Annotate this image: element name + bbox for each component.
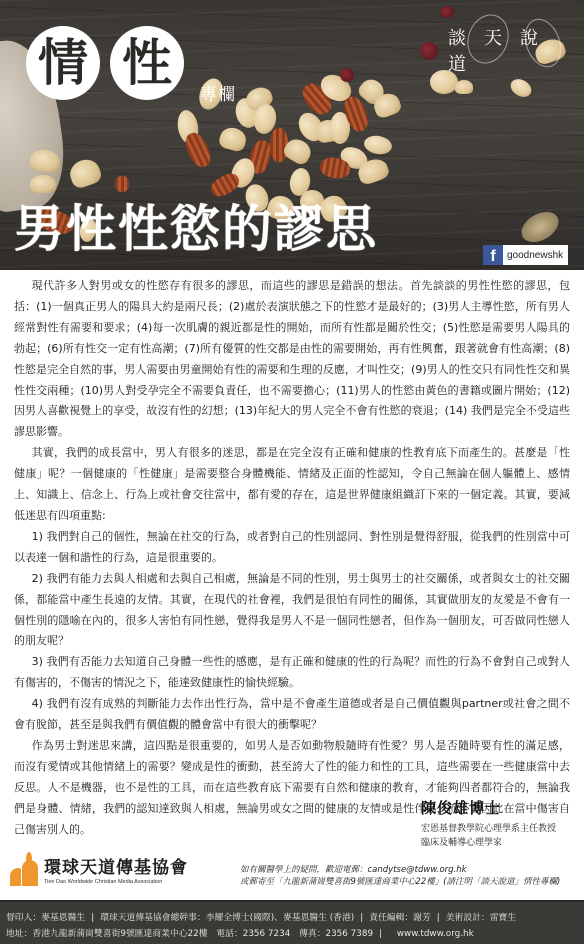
article-paragraph: 其實，我們的成長當中，男人有很多的迷思，都是在完全沒有正確和健康的性教育底下而產… <box>14 443 570 527</box>
column-logo: 情 性 <box>26 26 184 100</box>
logo-char: 性 <box>122 38 172 88</box>
footer-separator: | <box>379 929 382 939</box>
organization-logo: 環球天道傳基協會 Tien Dao Worldwide Christian Me… <box>10 856 188 886</box>
nut-image <box>455 80 473 94</box>
contact-info: 如有關醫學上的疑問，歡迎電郵：candytse@tdww.org.hk 或郵寄至… <box>240 864 560 888</box>
logo-circle-xing: 性 <box>110 26 184 100</box>
article-paragraph: 2) 我們有能力去與人相處和去與自己相處，無論是不同的性別，男士與男士的社交關係… <box>14 569 570 653</box>
contact-mail-line: 或郵寄至「九龍新蒲崗雙喜街9號匯達商業中心22樓」(請注明「談天說道」情性專欄) <box>240 876 560 888</box>
footer-credits-line: 督印人：麥基恩醫生|環球天道傳基協會總幹事：李耀全博士(國際)、麥基恩醫生 (香… <box>6 910 584 926</box>
organization-name-zh: 環球天道傳基協會 <box>44 859 188 878</box>
footer-editor: 責任編輯：謝芳 <box>369 913 431 923</box>
article-paragraph: 現代許多人對男或女的性慾存有很多的謬思，而這些的謬思是錯誤的想法。首先談談的男性… <box>14 276 570 443</box>
berry-image <box>440 6 454 18</box>
facebook-handle: goodnewshk <box>507 250 563 261</box>
nut-image <box>218 125 249 153</box>
footer-printer: 督印人：麥基恩醫生 <box>6 913 85 923</box>
footer-website-link[interactable]: www.tdww.org.hk <box>397 929 474 939</box>
article-paragraph: 4) 我們有沒有成熟的判斷能力去作出性行為，當中是不會產生道德或者是自己價值觀與… <box>14 694 570 736</box>
hero-banner: 情 性 專欄 談天說道 男性性慾的謬思 f goodnewshk <box>0 0 584 270</box>
article-title: 男性性慾的謬思 <box>14 204 378 254</box>
footer-director: 環球天道傳基協會總幹事：李耀全博士(國際)、麥基恩醫生 (香港) <box>100 913 354 923</box>
berry-image <box>340 68 354 82</box>
spoon-image <box>516 206 564 249</box>
facebook-icon: f <box>483 245 503 265</box>
footer-separator: | <box>91 913 94 923</box>
footer-address: 地址：香港九龍新蒲崗雙喜街9號匯達商業中心22樓 <box>6 929 208 939</box>
logo-char: 情 <box>38 38 88 88</box>
footer-bar: 督印人：麥基恩醫生|環球天道傳基協會總幹事：李耀全博士(國際)、麥基恩醫生 (香… <box>0 900 584 944</box>
article-body: 現代許多人對男或女的性慾存有很多的謬思，而這些的謬思是錯誤的想法。首先談談的男性… <box>14 276 570 840</box>
nut-image <box>66 156 103 191</box>
footer-separator: | <box>437 913 440 923</box>
author-block: 陳俊雄博士 宏恩基督教學院心理學系主任教授 臨床及輔導心理學家 <box>421 797 556 850</box>
swirl-decoration <box>518 14 567 73</box>
author-role: 臨床及輔導心理學家 <box>421 836 556 850</box>
logo-circle-qing: 情 <box>26 26 100 100</box>
berry-image <box>420 42 438 60</box>
flame-logo-icon <box>10 856 38 886</box>
column-tag: 專欄 <box>200 80 236 105</box>
article-paragraph: 1) 我們對自己的個性，無論在社交的行為，或者對自己的性別認同、對性別是覺得舒服… <box>14 527 570 569</box>
author-role: 宏恩基督教學院心理學系主任教授 <box>421 822 556 836</box>
contact-email-line[interactable]: 如有關醫學上的疑問，歡迎電郵：candytse@tdww.org.hk <box>240 864 560 876</box>
nut-image <box>115 176 129 192</box>
brand-script-logo: 談天說道 <box>448 24 584 76</box>
footer-phone: 電話：2356 7234 <box>216 929 290 939</box>
nut-image <box>30 175 56 193</box>
nut-image <box>507 76 534 101</box>
nut-image <box>363 134 394 157</box>
author-name: 陳俊雄博士 <box>421 797 556 818</box>
organization-name-en: Tien Dao Worldwide Christian Media Assoc… <box>44 878 188 886</box>
footer-address-line: 地址：香港九龍新蒲崗雙喜街9號匯達商業中心22樓 電話：2356 7234 傳真… <box>6 926 584 942</box>
article-paragraph: 3) 我們有否能力去知道自己身體一些性的感應，是有正確和健康的性的行為呢？而性的… <box>14 652 570 694</box>
footer-separator: | <box>360 913 363 923</box>
footer-fax: 傳真：2356 7389 <box>299 929 373 939</box>
facebook-badge[interactable]: f goodnewshk <box>483 245 568 265</box>
footer-designer: 美術設計：雷寶生 <box>446 913 516 923</box>
nut-image <box>181 129 214 170</box>
